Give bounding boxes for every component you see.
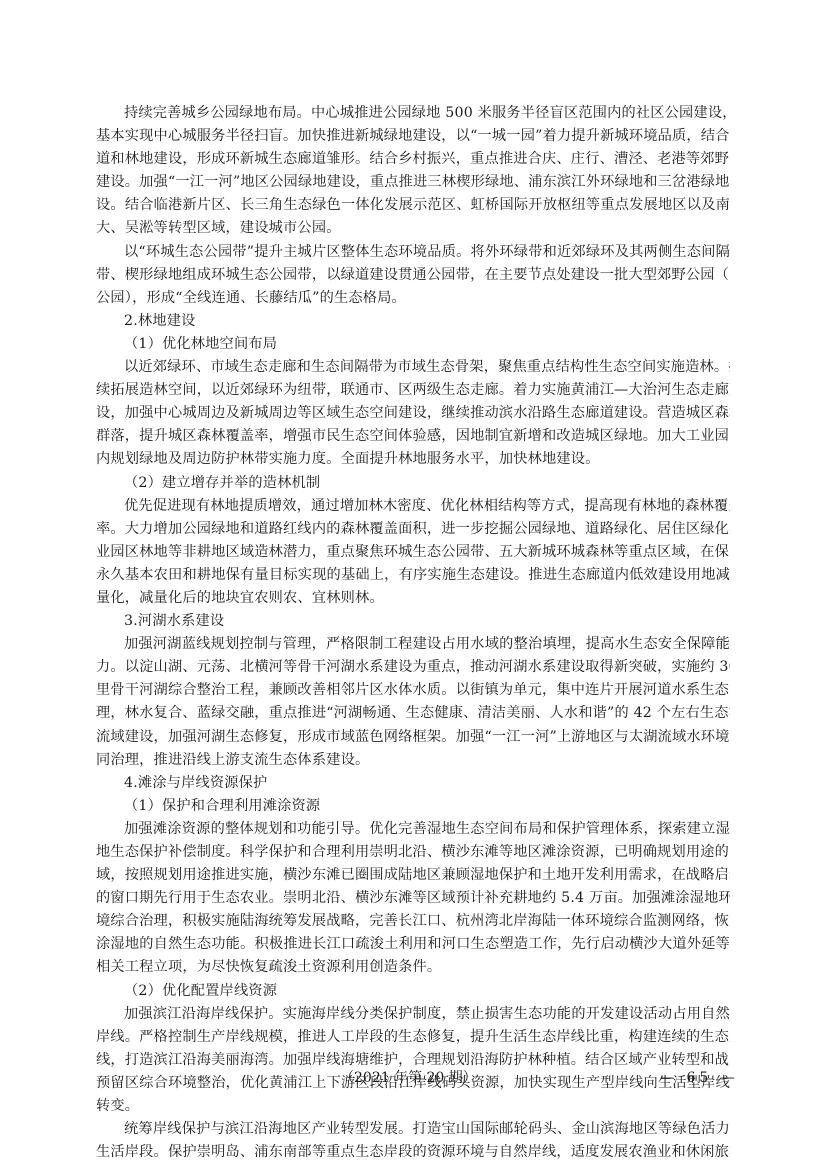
text-line: 以“环城生态公园带”提升主城片区整体生态环境品质。将外环绿带和近郊绿环及其两侧生… xyxy=(96,241,730,264)
text-line: 道和林地建设，形成环新城生态廊道雏形。结合乡村振兴，重点推进合庆、庄行、漕泾、老… xyxy=(96,148,730,171)
text-line: 内规划绿地及周边防护林带实施力度。全面提升林地服务水平，加快林地建设。 xyxy=(96,448,730,471)
text-line: 率。大力增加公园绿地和道路红线内的森林覆盖面积，进一步挖掘公园绿地、道路绿化、居… xyxy=(96,518,730,541)
text-line: 带、楔形绿地组成环城生态公园带，以绿道建设贯通公园带，在主要节点处建设一批大型郊… xyxy=(96,264,730,287)
text-line: 流域建设，加强河湖生态修复，形成市域蓝色网络框架。加强“一江一河”上游地区与太湖… xyxy=(96,726,730,749)
text-line: 以近郊绿环、市域生态走廊和生态间隔带为市域生态骨架，聚焦重点结构性生态空间实施造… xyxy=(96,356,730,379)
text-line: 加强河湖蓝线规划控制与管理，严格限制工程建设占用水域的整治填埋，提高水生态安全保… xyxy=(96,633,730,656)
page-number: — 65 — xyxy=(660,1067,739,1089)
text-line: 续拓展造林空间，以近郊绿环为纽带，联通市、区两级生态走廊。着力实施黄浦江—大治河… xyxy=(96,379,730,402)
text-line: 业园区林地等非耕地区域造林潜力，重点聚焦环城生态公园带、五大新城环城森林等重点区… xyxy=(96,541,730,564)
text-line: 设，加强中心城周边及新城周边等区域生态空间建设，继续推动滨水沿路生态廊道建设。营… xyxy=(96,402,730,425)
text-line: 里骨干河湖综合整治工程，兼顾改善相邻片区水体水质。以街镇为单元，集中连片开展河道… xyxy=(96,679,730,702)
text-line: 加强滨江沿海岸线保护。实施海岸线分类保护制度，禁止损害生态功能的开发建设活动占用… xyxy=(96,1003,730,1026)
text-line: 力。以淀山湖、元荡、北横河等骨干河湖水系建设为重点，推动河湖水系建设取得新突破，… xyxy=(96,656,730,679)
text-line: 岸线。严格控制生产岸线规模，推进人工岸段的生态修复，提升生活生态岸线比重，构建连… xyxy=(96,1026,730,1049)
text-line: 境综合治理，积极实施陆海统筹发展战略，完善长江口、杭州湾北岸海陆一体环境综合监测… xyxy=(96,910,730,933)
text-line: 公园），形成“全线连通、长藤结瓜”的生态格局。 xyxy=(96,287,730,310)
text-line: 转变。 xyxy=(96,1095,730,1118)
document-body: 持续完善城乡公园绿地布局。中心城推进公园绿地 500 米服务半径盲区范围内的社区… xyxy=(96,102,730,1164)
text-line: 同治理，推进沿线上游支流生态体系建设。 xyxy=(96,749,730,772)
text-line: 相关工程立项，为尽快恢复疏浚土资源利用创造条件。 xyxy=(96,956,730,979)
text-line: 2.林地建设 xyxy=(96,310,730,333)
text-line: 地生态保护补偿制度。科学保护和合理利用崇明北沿、横沙东滩等地区滩涂资源，已明确规… xyxy=(96,841,730,864)
text-line: 持续完善城乡公园绿地布局。中心城推进公园绿地 500 米服务半径盲区范围内的社区… xyxy=(96,102,730,125)
text-line: （2）建立增存并举的造林机制 xyxy=(96,472,730,495)
text-line: 4.滩涂与岸线资源保护 xyxy=(96,772,730,795)
text-line: 的窗口期先行用于生态农业。崇明北沿、横沙东滩等区域预计补充耕地约 5.4 万亩。… xyxy=(96,887,730,910)
text-line: （1）优化林地空间布局 xyxy=(96,333,730,356)
text-line: 大、吴淞等转型区域，建设城市公园。 xyxy=(96,217,730,240)
text-line: 理，林水复合、蓝绿交融，重点推进“河湖畅通、生态健康、清洁美丽、人水和谐”的 4… xyxy=(96,702,730,725)
text-line: 涂湿地的自然生态功能。积极推进长江口疏浚土利用和河口生态塑造工作，先行启动横沙大… xyxy=(96,933,730,956)
text-line: 建设。加强“一江一河”地区公园绿地建设，重点推进三林楔形绿地、浦东滨江外环绿地和… xyxy=(96,171,730,194)
text-line: 设。结合临港新片区、长三角生态绿色一体化发展示范区、虹桥国际开放枢纽等重点发展地… xyxy=(96,194,730,217)
text-line: 优先促进现有林地提质增效，通过增加林木密度、优化林相结构等方式，提高现有林地的森… xyxy=(96,495,730,518)
text-line: 群落，提升城区森林覆盖率，增强市民生态空间体验感，因地制宜新增和改造城区绿地。加… xyxy=(96,425,730,448)
text-line: （1）保护和合理利用滩涂资源 xyxy=(96,795,730,818)
text-line: （2）优化配置岸线资源 xyxy=(96,980,730,1003)
text-line: 量化，减量化后的地块宜农则农、宜林则林。 xyxy=(96,587,730,610)
text-line: 3.河湖水系建设 xyxy=(96,610,730,633)
text-line: 加强滩涂资源的整体规划和功能引导。优化完善湿地生态空间布局和保护管理体系，探索建… xyxy=(96,818,730,841)
text-line: 统筹岸线保护与滨江沿海地区产业转型发展。打造宝山国际邮轮码头、金山滨海地区等绿色… xyxy=(96,1118,730,1141)
text-line: 域，按照规划用途推进实施，横沙东滩已圈围成陆地区兼顾湿地保护和土地开发利用需求，… xyxy=(96,864,730,887)
text-line: 生活岸段。保护崇明岛、浦东南部等重点生态岸段的资源环境与自然岸线，适度发展农渔业… xyxy=(96,1141,730,1164)
text-line: 基本实现中心城服务半径扫盲。加快推进新城绿地建设，以“一城一园”着力提升新城环境… xyxy=(96,125,730,148)
issue-label: （2021 年第 20 期） xyxy=(340,1067,477,1089)
page-footer: （2021 年第 20 期） — 65 — xyxy=(0,1067,827,1089)
text-line: 永久基本农田和耕地保有量目标实现的基础上，有序实施生态建设。推进生态廊道内低效建… xyxy=(96,564,730,587)
